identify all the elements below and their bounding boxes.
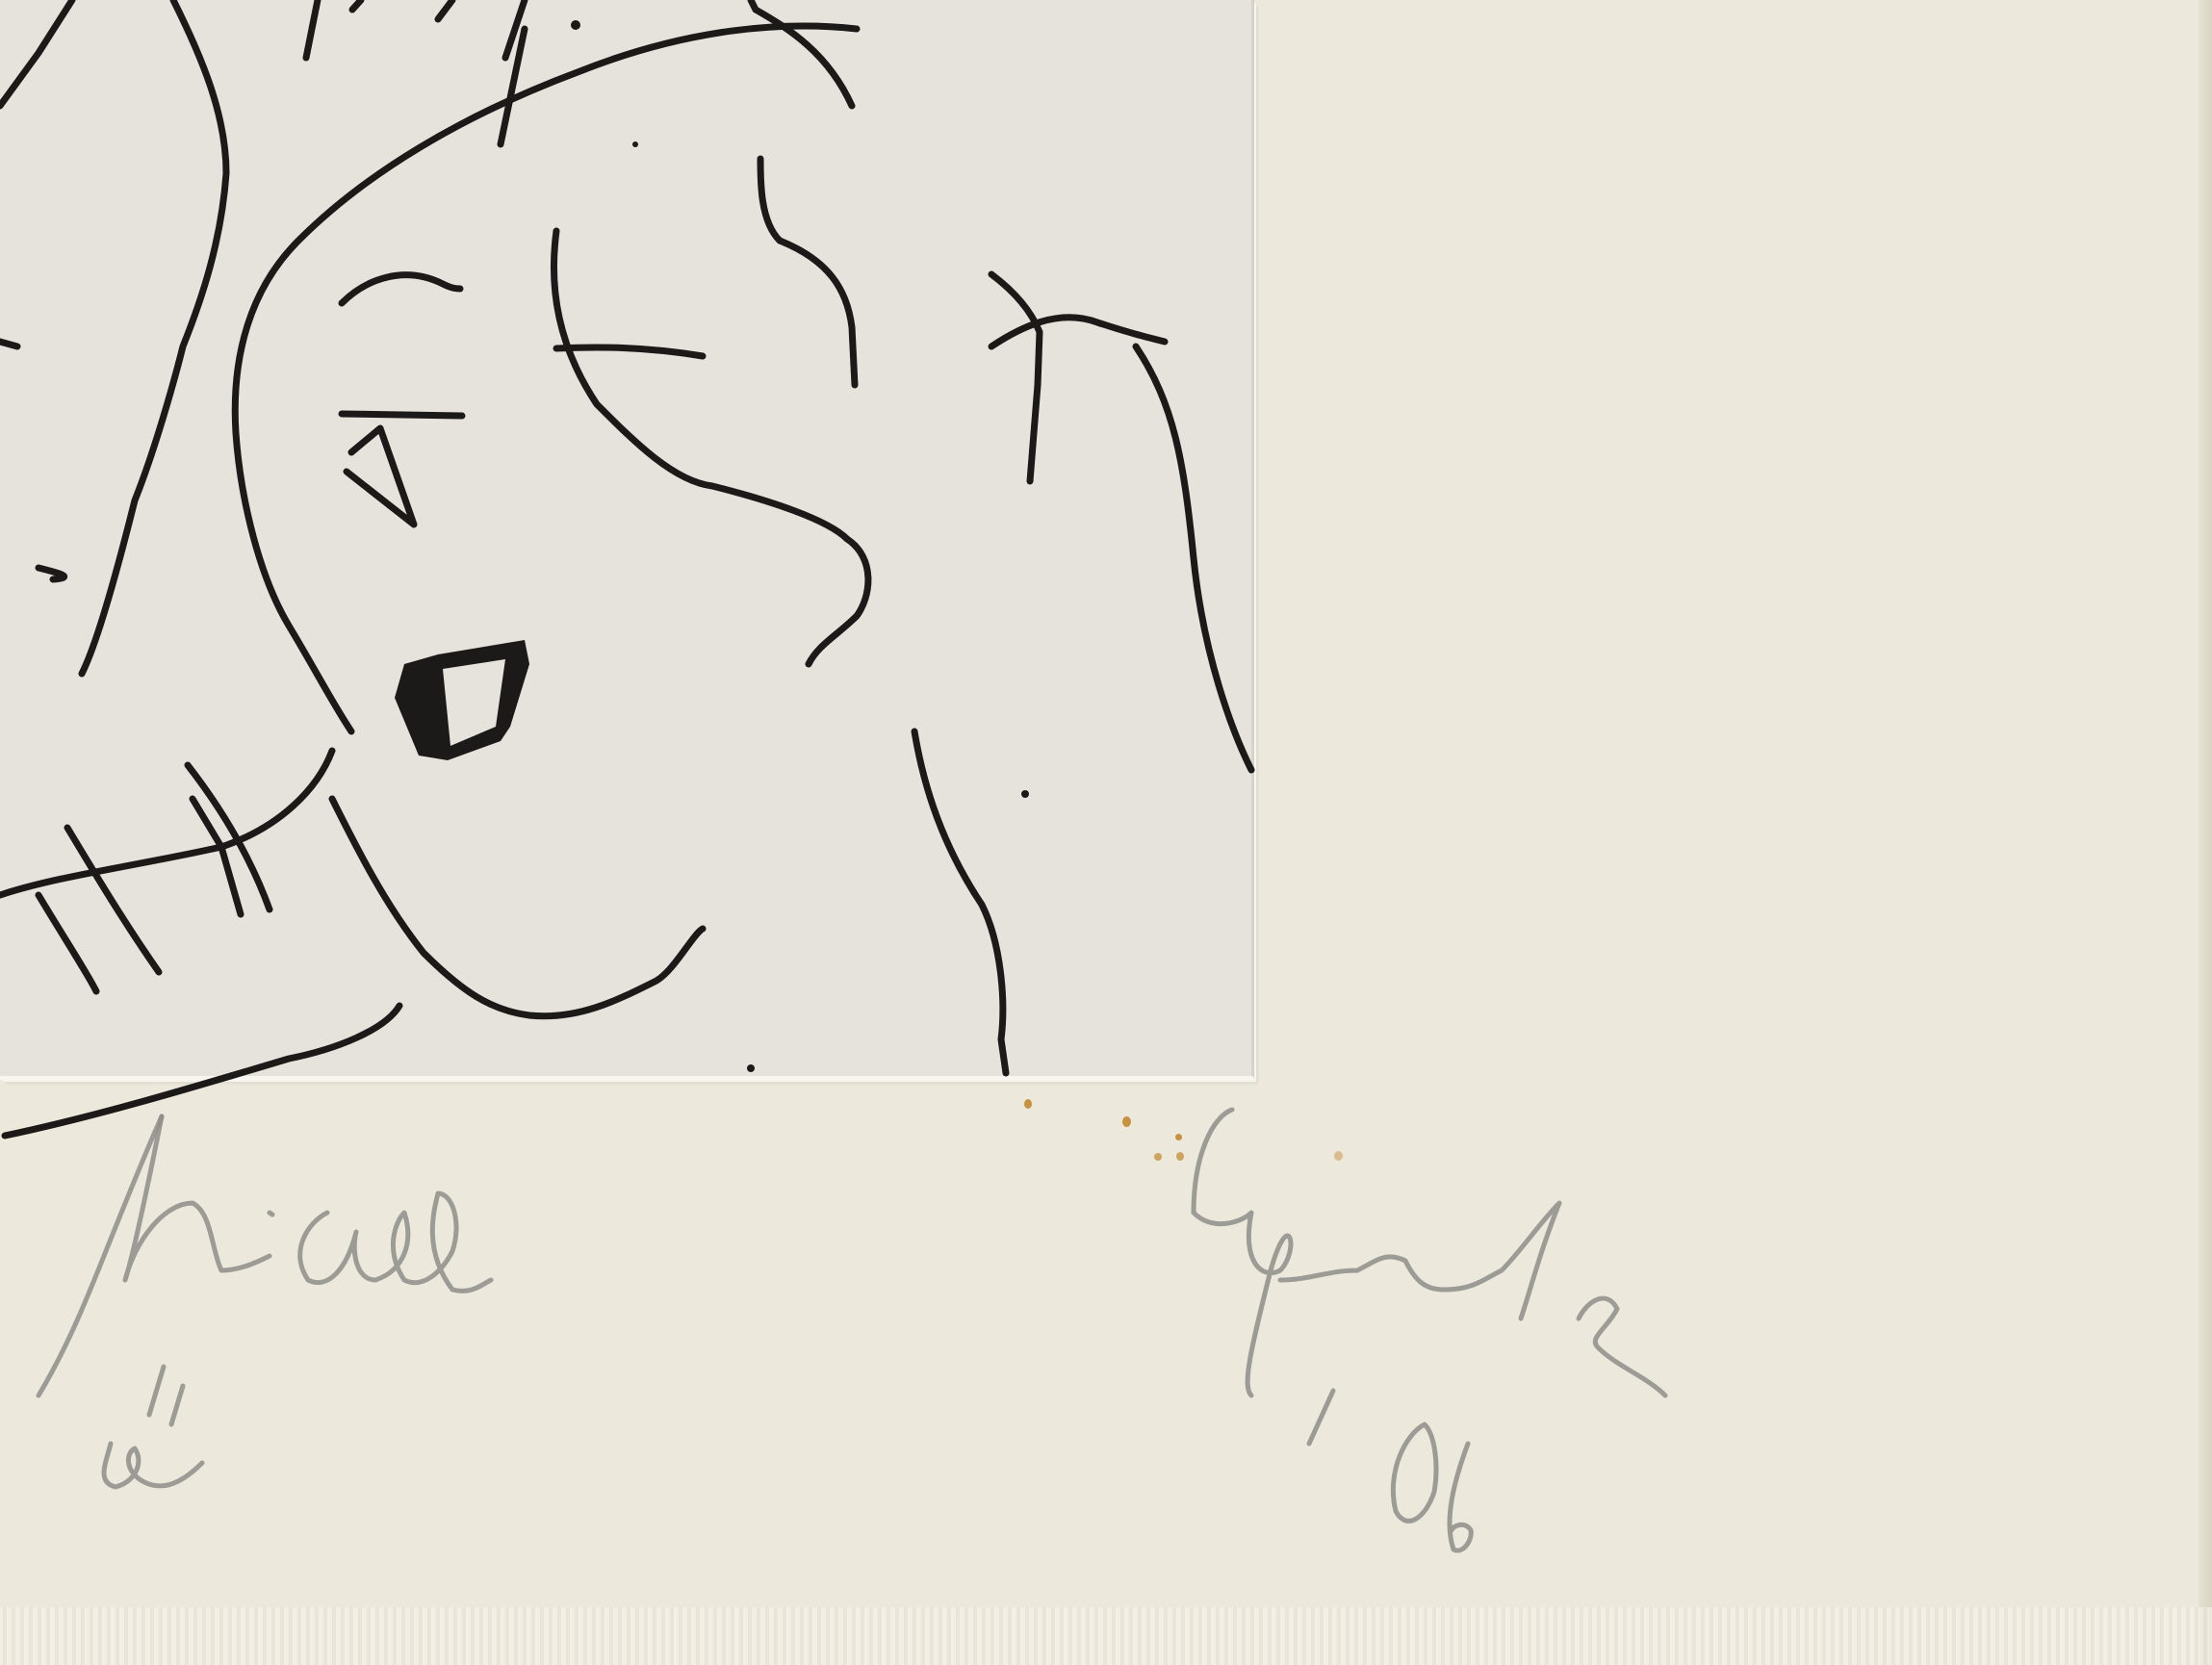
pencil-signature — [0, 0, 2212, 1665]
paper-sheet: Michele Cyranka d'’ '06 — [0, 0, 2212, 1665]
deckle-edge — [0, 1607, 2212, 1665]
